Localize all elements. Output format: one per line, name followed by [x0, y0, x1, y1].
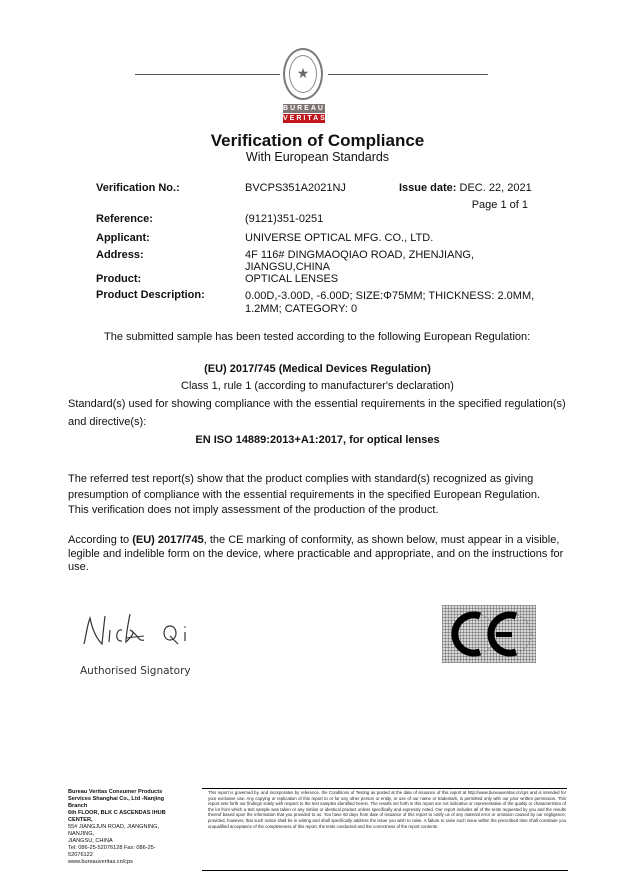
- brand-top: BUREAU: [283, 104, 325, 113]
- standards-text-line2: and directive(s):: [68, 414, 146, 430]
- compliance-para-line1: The referred test report(s) show that th…: [68, 471, 533, 487]
- footer-address-line2: CENTER,: [68, 817, 193, 824]
- footer-company-line1: Bureau Veritas Consumer Products: [68, 789, 193, 796]
- product-description-line1: 0.00D,-3.00D, -6.00D; SIZE:Φ75MM; THICKN…: [245, 290, 534, 303]
- brand-logo: BUREAU VERITAS: [283, 104, 325, 123]
- compliance-para-line2: presumption of compliance with the essen…: [68, 487, 540, 503]
- footer-address-line3: 55# JIANGJUN ROAD, JIANGNING,: [68, 824, 193, 831]
- ce-para-line3: use.: [68, 559, 89, 575]
- footer-company-line2: Services Shanghai Co., Ltd -Nanjing: [68, 796, 193, 803]
- regulation-text: (EU) 2017/745 (Medical Devices Regulatio…: [0, 361, 635, 377]
- signature-image: [78, 608, 198, 652]
- issue-date-label: Issue date:: [399, 182, 456, 194]
- reference-value: (9121)351-0251: [245, 213, 323, 226]
- footer-tel-line1: Tel: 086-25-52076128 Fax: 086-25-: [68, 845, 193, 852]
- applicant-label: Applicant:: [96, 232, 150, 244]
- standard-text: EN ISO 14889:2013+A1:2017, for optical l…: [0, 432, 635, 448]
- page-number: Page 1 of 1: [472, 199, 528, 211]
- product-label: Product:: [96, 273, 141, 285]
- standards-text-line1: Standard(s) used for showing compliance …: [68, 396, 566, 412]
- page-subtitle: With European Standards: [0, 150, 635, 164]
- footer-rule-top: [202, 788, 567, 789]
- footer-company-line3: Branch: [68, 803, 193, 810]
- footer-address-line5: JIANGSU, CHINA: [68, 838, 193, 845]
- footer-address-line1: 6th FLOOR, BLK C ASCENDAS IHUB: [68, 810, 193, 817]
- footer-legal-text: This report is governed by, and incorpor…: [208, 790, 566, 829]
- signatory-label: Authorised Signatory: [80, 665, 191, 677]
- bureau-veritas-seal-icon: ★: [283, 48, 323, 100]
- issue-date-value: DEC. 22, 2021: [460, 182, 532, 194]
- intro-text: The submitted sample has been tested acc…: [104, 329, 530, 345]
- product-description-line2: 1.2MM; CATEGORY: 0: [245, 303, 357, 316]
- ce-para-line2: legible and indelible form on the device…: [68, 546, 563, 562]
- reference-label: Reference:: [96, 213, 153, 225]
- footer-website-link[interactable]: www.bureauveritas.cn/cps: [68, 859, 193, 866]
- product-value: OPTICAL LENSES: [245, 273, 338, 286]
- footer-rule-bottom: [202, 870, 568, 871]
- issue-date: Issue date: DEC. 22, 2021: [399, 182, 532, 194]
- footer-address-line4: NANJING,: [68, 831, 193, 838]
- product-description-label: Product Description:: [96, 289, 205, 301]
- footer-company-info: Bureau Veritas Consumer Products Service…: [68, 789, 193, 866]
- page-title: Verification of Compliance: [0, 131, 635, 151]
- header-rule-left: [135, 74, 280, 75]
- classification-text: Class 1, rule 1 (according to manufactur…: [0, 378, 635, 394]
- verification-no-label: Verification No.:: [96, 182, 180, 194]
- brand-bottom: VERITAS: [283, 114, 325, 123]
- ce-para-prefix: According to: [68, 534, 132, 546]
- address-label: Address:: [96, 249, 144, 261]
- applicant-value: UNIVERSE OPTICAL MFG. CO., LTD.: [245, 232, 433, 245]
- ce-para-rest: , the CE marking of conformity, as shown…: [204, 534, 560, 546]
- compliance-para-line3: This verification does not imply assessm…: [68, 502, 439, 518]
- header-rule-right: [328, 74, 488, 75]
- verification-no-value: BVCPS351A2021NJ: [245, 182, 346, 195]
- footer-tel-line2: 52076122: [68, 852, 193, 859]
- ce-para-regulation: (EU) 2017/745: [132, 534, 204, 546]
- ce-mark-icon: [442, 605, 536, 663]
